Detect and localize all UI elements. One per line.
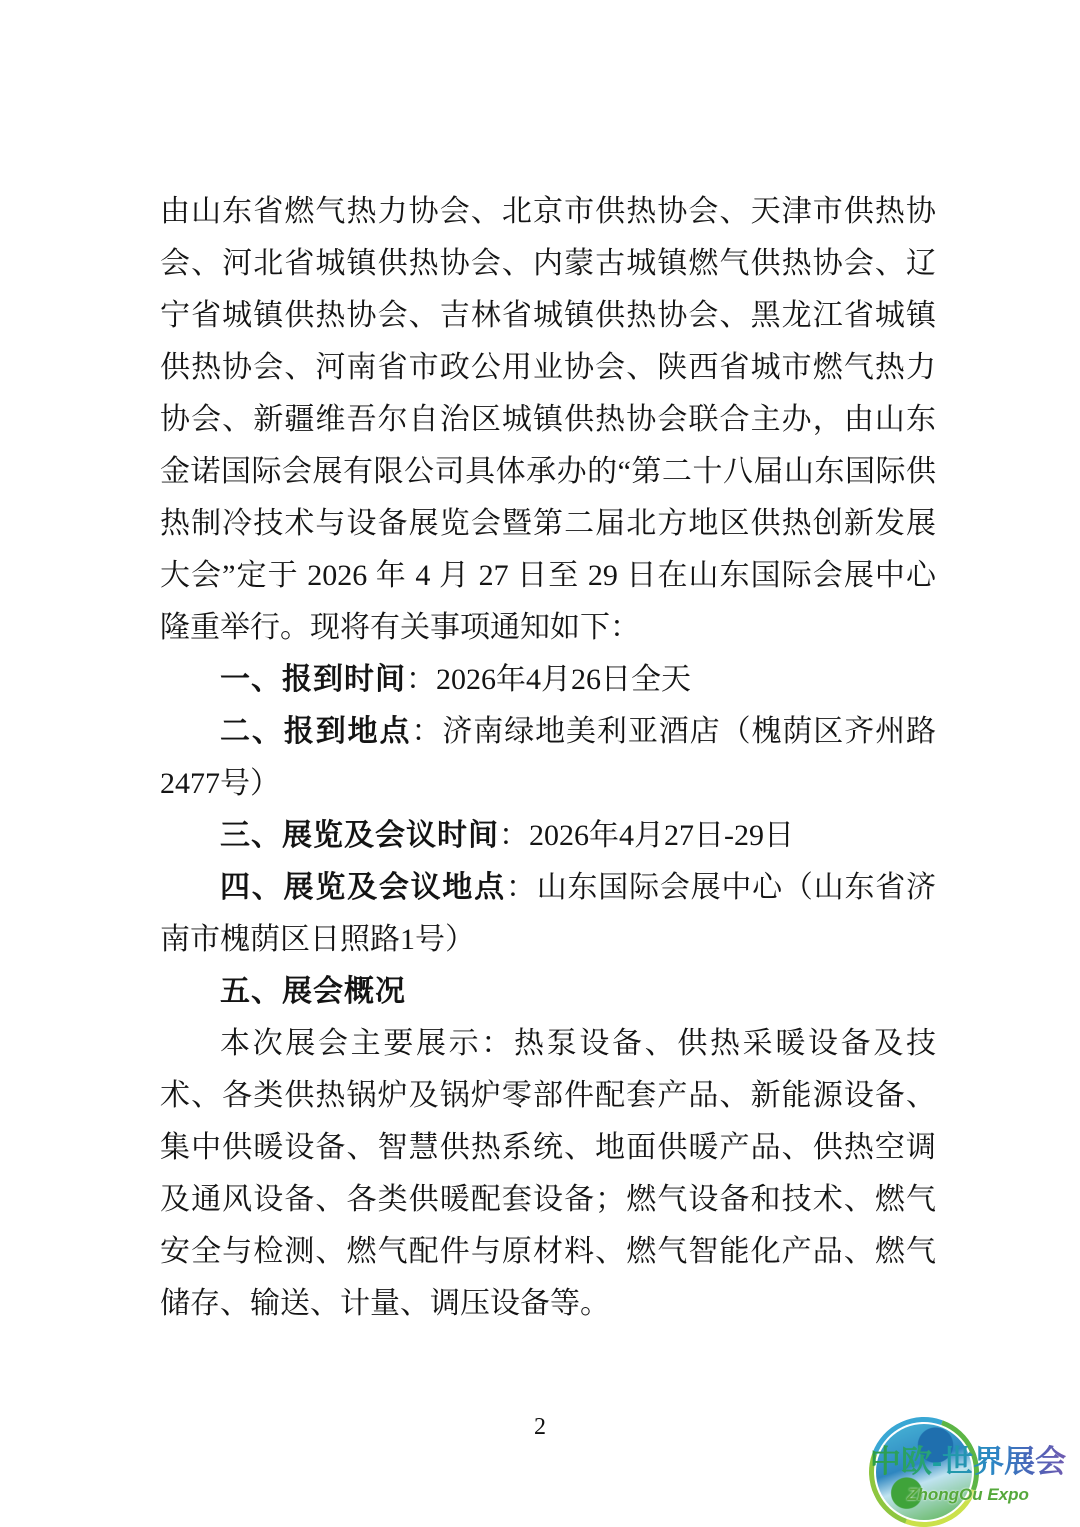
section-colon: ：: [406, 663, 436, 696]
section-overview-label: 五、展会概况: [220, 975, 406, 1008]
section-checkin-time-label: 一、报到时间: [220, 663, 406, 696]
section-checkin-time: 一、报到时间：2026年4月26日全天: [160, 654, 936, 706]
section-exhibition-time: 三、展览及会议时间：2026年4月27日-29日: [160, 810, 936, 862]
document-page: 由山东省燃气热力协会、北京市供热协会、天津市供热协会、河北省城镇供热协会、内蒙古…: [0, 0, 1080, 1527]
logo-subtitle: ZhongOu Expo: [856, 1484, 1080, 1506]
document-body: 由山东省燃气热力协会、北京市供热协会、天津市供热协会、河北省城镇供热协会、内蒙古…: [160, 186, 936, 1330]
section-colon: ：: [506, 871, 537, 904]
intro-paragraph: 由山东省燃气热力协会、北京市供热协会、天津市供热协会、河北省城镇供热协会、内蒙古…: [160, 186, 936, 654]
expo-logo: 中欧-世界展会 ZhongOu Expo: [856, 1398, 1080, 1527]
section-checkin-location-label: 二、报到地点: [220, 715, 411, 748]
section-checkin-time-value: 2026年4月26日全天: [436, 663, 691, 696]
logo-title: 中欧-世界展会: [856, 1442, 1080, 1482]
section-exhibition-location-label: 四、展览及会议地点: [220, 871, 506, 904]
logo-title-cn-right: -世界展会: [932, 1444, 1066, 1479]
section-colon: ：: [411, 715, 442, 748]
section-checkin-location: 二、报到地点：济南绿地美利亚酒店（槐荫区齐州路2477号）: [160, 706, 936, 810]
section-colon: ：: [499, 819, 529, 852]
section-exhibition-location: 四、展览及会议地点：山东国际会展中心（山东省济南市槐荫区日照路1号）: [160, 862, 936, 966]
section-exhibition-time-value: 2026年4月27日-29日: [529, 819, 794, 852]
section-exhibition-time-label: 三、展览及会议时间: [220, 819, 499, 852]
section-overview-heading: 五、展会概况: [160, 966, 936, 1018]
overview-paragraph: 本次展会主要展示：热泵设备、供热采暖设备及技术、各类供热锅炉及锅炉零部件配套产品…: [160, 1018, 936, 1330]
logo-title-cn-left: 中欧: [870, 1444, 932, 1479]
